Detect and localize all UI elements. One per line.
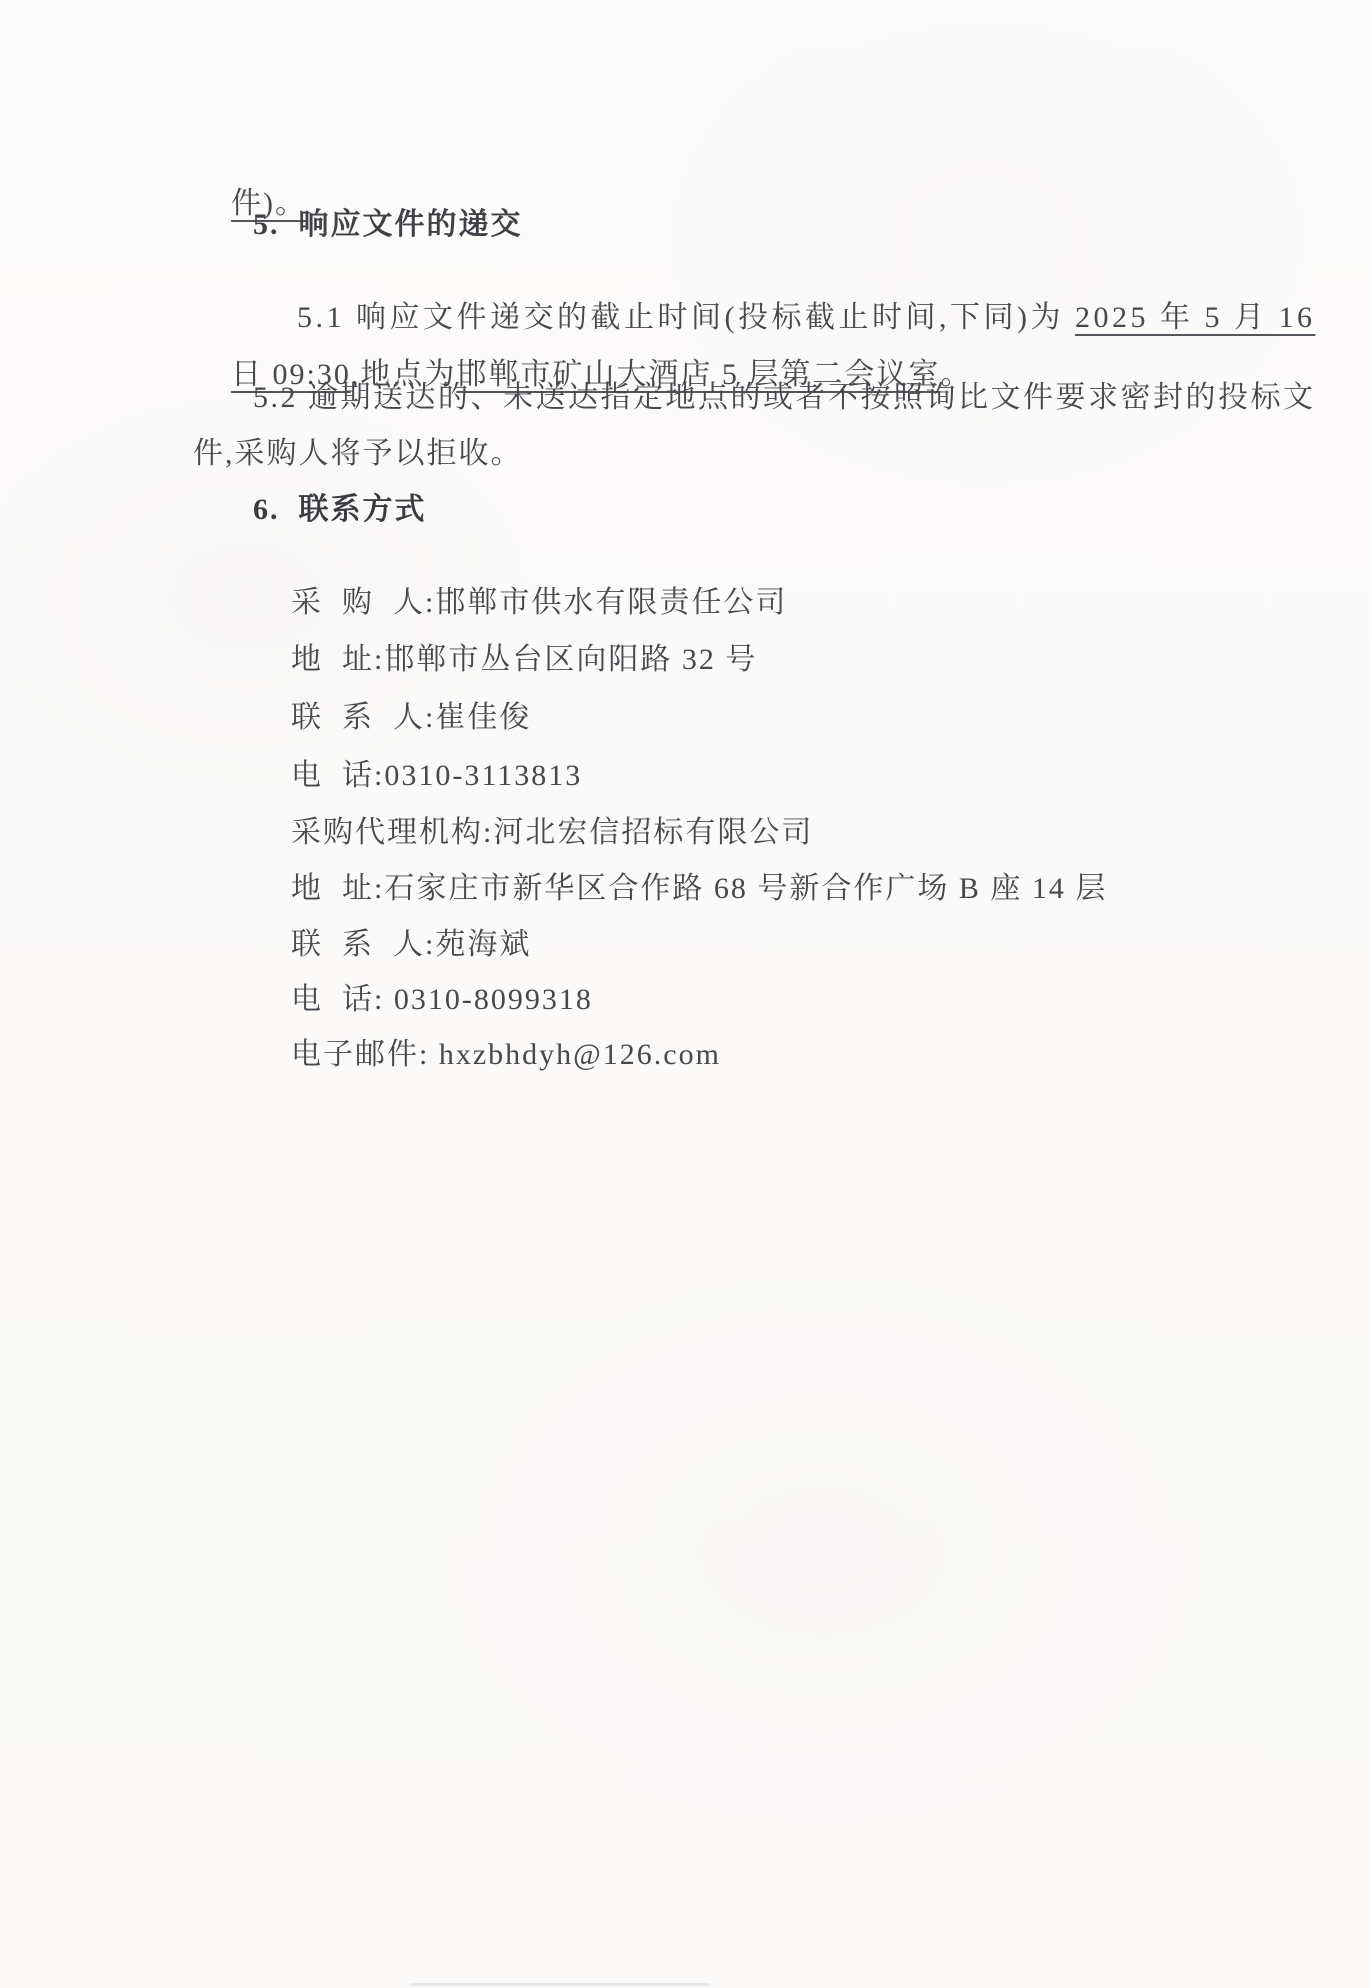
scan-edge-artifact <box>410 1983 710 1986</box>
deadline-date-underlined: 2025 年 5 月 16 <box>1075 301 1316 334</box>
agency-email-line: 电子邮件: hxzbhdyh@126.com <box>253 1001 721 1109</box>
section-5-heading: 5. 响应文件的递交 <box>253 207 523 243</box>
agency-email-label: 电子邮件: <box>291 1038 429 1071</box>
clause-5-2-line-2: 件,采购人将予以拒收。 <box>193 436 523 472</box>
document-page: 件)。 5. 响应文件的递交 5.1 响应文件递交的截止时间(投标截止时间,下同… <box>0 0 1370 1988</box>
clause-5-2-line-1: 5.2 逾期送达的、未送达指定地点的或者不按照询比文件要求密封的投标文 <box>253 380 1316 416</box>
section-6-heading: 6. 联系方式 <box>253 492 427 528</box>
agency-email-value: hxzbhdyh@126.com <box>429 1038 721 1071</box>
